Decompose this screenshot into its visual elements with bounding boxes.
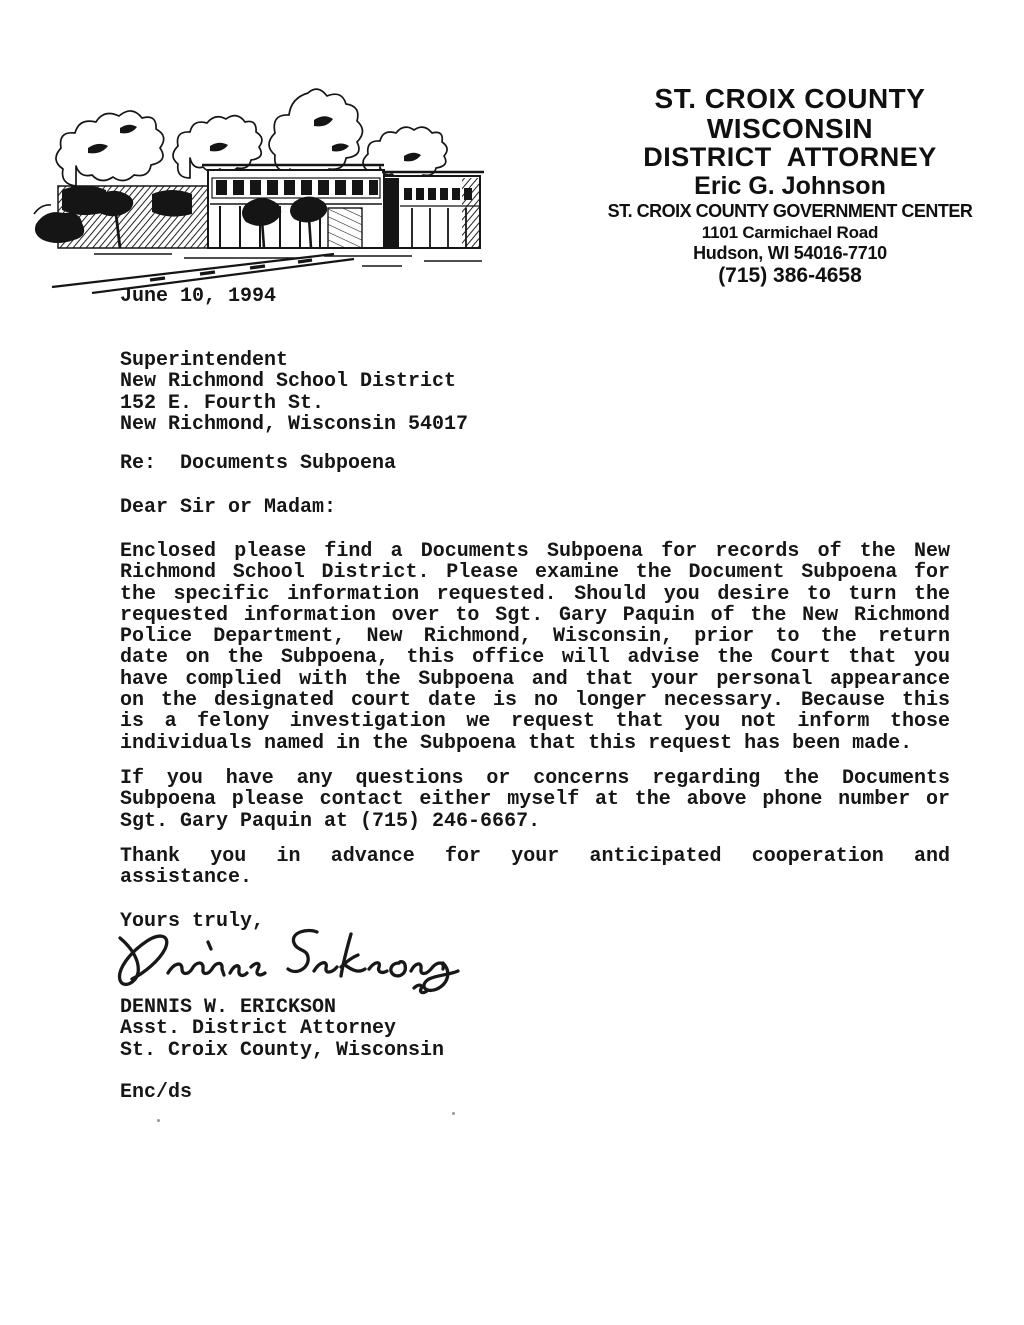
scanned-letter-page: ST. CROIX COUNTY WISCONSIN DISTRICT ATTO… <box>0 0 1024 1325</box>
recipient-address: SuperintendentNew Richmond School Distri… <box>120 350 468 435</box>
text-line: Enclosed please find a Documents Subpoen… <box>120 541 950 562</box>
letterhead: ST. CROIX COUNTY WISCONSIN DISTRICT ATTO… <box>592 84 988 289</box>
letterhead-attorney-name: Eric G. Johnson <box>592 172 988 200</box>
text-line: requested information over to Sgt. Gary … <box>120 605 950 626</box>
text-line: assistance. <box>120 867 950 888</box>
letterhead-state: WISCONSIN <box>592 114 988 143</box>
letterhead-address-line2: Hudson, WI 54016-7710 <box>592 243 988 263</box>
scan-speck <box>452 1112 455 1115</box>
text-line: 152 E. Fourth St. <box>120 393 468 414</box>
text-line: New Richmond School District <box>120 371 468 392</box>
text-line: individuals named in the Subpoena that t… <box>120 733 950 754</box>
text-line: New Richmond, Wisconsin 54017 <box>120 414 468 435</box>
body-paragraph-1: Enclosed please find a Documents Subpoen… <box>120 541 950 754</box>
text-line: Asst. District Attorney <box>120 1018 444 1039</box>
text-line: Sgt. Gary Paquin at (715) 246-6667. <box>120 811 950 832</box>
letterhead-county: ST. CROIX COUNTY <box>592 84 988 114</box>
text-line: St. Croix County, Wisconsin <box>120 1040 444 1061</box>
letterhead-phone: (715) 386-4658 <box>592 263 988 289</box>
text-line: have complied with the Subpoena and that… <box>120 669 950 690</box>
scan-speck <box>157 1119 160 1122</box>
text-line: Police Department, New Richmond, Wiscons… <box>120 626 950 647</box>
enclosure-initials: Enc/ds <box>120 1082 192 1103</box>
text-line: Superintendent <box>120 350 468 371</box>
text-line: the specific information requested. Shou… <box>120 584 950 605</box>
body-paragraph-2: If you have any questions or concerns re… <box>120 768 950 832</box>
subject-text: Re: Documents Subpoena <box>120 453 396 474</box>
letter-date: June 10, 1994 <box>120 286 276 307</box>
letterhead-building: ST. CROIX COUNTY GOVERNMENT CENTER <box>592 200 988 222</box>
text-line: If you have any questions or concerns re… <box>120 768 950 789</box>
text-line: Richmond School District. Please examine… <box>120 562 950 583</box>
text-line: is a felony investigation we request tha… <box>120 711 950 732</box>
government-center-building-illustration <box>32 86 494 294</box>
salutation-text: Dear Sir or Madam: <box>120 497 336 518</box>
salutation: Dear Sir or Madam: <box>120 497 336 518</box>
text-line: Subpoena please contact either myself at… <box>120 789 950 810</box>
subject-line: Re: Documents Subpoena <box>120 453 396 474</box>
letterhead-address-line1: 1101 Carmichael Road <box>592 222 988 243</box>
letterhead-office: DISTRICT ATTORNEY <box>592 143 988 172</box>
text-line: Thank you in advance for your anticipate… <box>120 846 950 867</box>
text-line: DENNIS W. ERICKSON <box>120 997 444 1018</box>
text-line: on the designated court date is no longe… <box>120 690 950 711</box>
text-line: date on the Subpoena, this office will a… <box>120 647 950 668</box>
signer-block: DENNIS W. ERICKSONAsst. District Attorne… <box>120 997 444 1061</box>
enclosure-text: Enc/ds <box>120 1082 192 1103</box>
body-paragraph-3: Thank you in advance for your anticipate… <box>120 846 950 889</box>
signature-dennis-erickson <box>112 922 460 1004</box>
